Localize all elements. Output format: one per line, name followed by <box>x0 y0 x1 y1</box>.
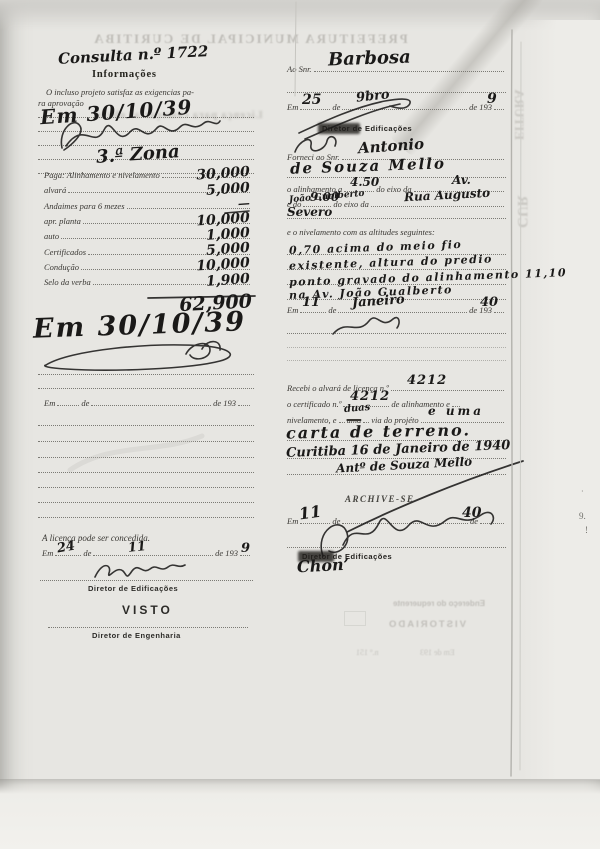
place-date-handwriting: Curitiba 16 de Janeiro de 1940 <box>286 439 511 460</box>
date-em-label: Em <box>287 102 298 112</box>
fee-label: Selo da verba <box>44 277 91 287</box>
recipient-first-handwriting: Antonio <box>358 137 425 157</box>
dotted-line <box>38 457 254 458</box>
grant-year-handwriting: 9 <box>241 542 250 555</box>
alignment2-street-cont-handwriting: Severo <box>287 206 332 218</box>
big-date-flourish <box>45 342 231 371</box>
margin-mark-nine: 9. <box>579 511 586 521</box>
dotted-line <box>287 347 506 348</box>
zona-handwriting: 3.ª Zona <box>95 143 180 167</box>
carta-handwriting: carta de terreno. <box>286 422 471 441</box>
sent-day-handwriting: 25 <box>302 93 321 107</box>
leader-dots <box>300 523 330 524</box>
date-de-label: de <box>83 548 91 558</box>
leader-dots <box>480 523 504 524</box>
bleed-number-text: n.º 151 <box>356 648 378 657</box>
leader-dots <box>57 405 79 406</box>
leader-dots <box>300 312 326 313</box>
initials-handwriting: Chon’ <box>297 557 350 576</box>
leader-dots <box>391 390 504 391</box>
dotted-line <box>38 472 254 473</box>
dotted-line <box>38 425 254 426</box>
fee-label: auto <box>44 231 59 241</box>
scanned-document-page: PREFEITURA MUNICIPAL DE CURITIBA Licença… <box>0 0 600 849</box>
receipt-line3-handwriting: e uma <box>428 405 484 417</box>
january-signature <box>333 318 399 334</box>
dotted-line <box>38 502 254 503</box>
dotted-line <box>287 547 506 548</box>
fee-label: Andaimes para 6 mezes <box>44 201 125 211</box>
dotted-line <box>38 517 254 518</box>
diretor-edificacoes-label: Diretor de Edificações <box>88 584 178 593</box>
addressee-handwriting: Barbosa <box>328 49 411 70</box>
bleed-vertical-text-1: EITURA <box>511 89 527 140</box>
archive-day-handwriting: 11 <box>298 504 322 523</box>
bleed-vistoriado-text: VISTORIADO <box>387 619 466 630</box>
dotted-line <box>38 131 254 132</box>
date-em-label: Em <box>287 305 298 315</box>
dotted-line <box>40 580 253 581</box>
informacoes-heading: Informações <box>92 69 157 80</box>
date-de193-label: de 193 <box>213 398 236 408</box>
fee-label: Certificados <box>44 247 86 257</box>
bleed-date-text: Em de 193 <box>420 648 455 657</box>
date-em-label: Em <box>42 548 53 558</box>
margin-mark-bang: ! <box>585 525 588 535</box>
page-fold-line-2 <box>520 42 521 770</box>
leader-dots <box>371 206 504 207</box>
bottom-page-edge <box>0 779 600 849</box>
grant-day-handwriting: 24 <box>56 540 76 556</box>
bleed-box-outline <box>344 611 366 626</box>
date-de193-label: de 193 <box>215 548 238 558</box>
alignment2-value-handwriting: 9.00 <box>310 191 339 203</box>
diretor-engenharia-label: Diretor de Engenharia <box>92 631 181 640</box>
bleed-vertical-text-2: CUR <box>513 196 530 229</box>
nivel-intro: e o nivelamento com as altitudes seguint… <box>287 227 435 237</box>
nivel-day-handwriting: 11 <box>302 296 320 309</box>
sent-year-handwriting: 9 <box>487 92 497 106</box>
bleed-header-text: PREFEITURA MUNICIPAL DE CURITIBA <box>62 31 438 47</box>
dotted-line <box>48 627 248 628</box>
second-page-margin <box>522 20 600 780</box>
alignment1-value-handwriting: 4.50 <box>350 176 379 188</box>
leader-dots <box>494 109 504 110</box>
leader-dots <box>494 312 504 313</box>
ao-snr-label: Ao Snr. <box>287 64 312 74</box>
leader-dots <box>342 109 467 110</box>
dotted-line <box>287 360 506 361</box>
alignment1-street-handwriting: Av. <box>452 174 471 186</box>
receipt-line-1: Recebi o alvará de licença n.º <box>287 381 506 393</box>
leader-dots <box>338 312 467 313</box>
certificate-number-handwriting: 4212 <box>350 390 390 403</box>
archive-stamp: ARCHIVE-SE <box>345 494 415 504</box>
receipt-line2-pre: o certificado n.º <box>287 399 341 409</box>
date-de-label: de <box>81 398 89 408</box>
margin-mark-dot: · <box>581 487 584 496</box>
sent-month-handwriting: 9bro <box>355 88 390 104</box>
big-date-handwriting: Em 30/10/39 <box>33 308 247 342</box>
blank-date-row: Em de de 193 <box>44 396 252 408</box>
dotted-line <box>287 333 506 334</box>
recipient-rest-handwriting: de Souza Mello <box>290 156 446 176</box>
visto-stamp: VISTO <box>122 603 173 617</box>
leader-dots <box>342 523 468 524</box>
dotted-line <box>287 177 506 178</box>
leader-dots <box>91 405 211 406</box>
date-em-label: Em <box>287 516 298 526</box>
license-number-handwriting: 4212 <box>407 374 447 387</box>
date-em-label: Em <box>44 398 55 408</box>
fee-label: apr. planta <box>44 216 81 226</box>
dotted-line <box>38 374 254 375</box>
diretor-edificacoes-stamp: Diretor de Edificações <box>322 124 412 133</box>
leader-dots <box>314 71 504 72</box>
dotted-line <box>287 474 506 475</box>
consulta-number: Consulta n.º 1722 <box>58 44 209 67</box>
fee-label: alvará <box>44 185 66 195</box>
date-de-label: de <box>328 305 336 315</box>
leader-dots <box>93 555 213 556</box>
machado-signature <box>95 565 185 577</box>
nivel-month-handwriting: Janeiro <box>352 293 406 310</box>
date-de-label: de <box>332 516 340 526</box>
dotted-line <box>38 441 254 442</box>
dotted-line <box>38 388 254 389</box>
page-fold-line <box>511 30 512 776</box>
date-de-label: de <box>332 102 340 112</box>
leader-dots <box>300 109 330 110</box>
bleed-endereco-text: Endereço do requerente <box>393 599 485 608</box>
leader-dots <box>238 405 250 406</box>
nivel-year-handwriting: 40 <box>480 296 498 309</box>
fee-label: Condução <box>44 262 79 272</box>
archive-year-handwriting: 40 <box>462 506 481 520</box>
grant-month-handwriting: 11 <box>127 540 146 555</box>
dotted-line <box>38 487 254 488</box>
